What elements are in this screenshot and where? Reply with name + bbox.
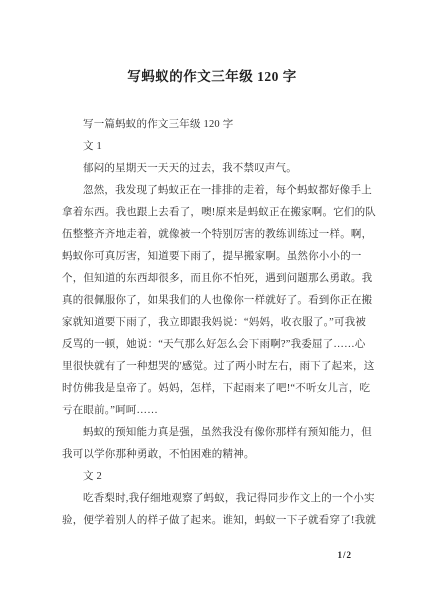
text-line: 家就知道要下雨了，我立即跟我妈说：“妈妈，收衣服了。”可我被 [62,312,364,334]
text-line: 验，便学着别人的样子做了起来。谁知，蚂蚁一下子就看穿了!我就 [62,510,364,532]
page-number: 1/2 [337,550,352,560]
text-line: 文 2 [62,466,364,488]
document-title: 写蚂蚁的作文三年级 120 字 [0,65,424,85]
text-line: 里很快就有了一种想哭的'感觉。过了两小时左右，雨下了起来，这 [62,356,364,378]
text-line: 吃香梨时,我仔细地观察了蚂蚁，我记得同步作文上的一个小实 [62,488,364,510]
text-line: 郁闷的星期天一天天的过去，我不禁叹声气。 [62,158,364,180]
text-line: 亏在眼前。”呵呵…… [62,400,364,422]
document-body: 写一篇蚂蚁的作文三年级 120 字文 1郁闷的星期天一天天的过去，我不禁叹声气。… [62,114,364,532]
document-page: 写蚂蚁的作文三年级 120 字 写一篇蚂蚁的作文三年级 120 字文 1郁闷的星… [0,0,424,600]
text-line: 我可以学你那种勇敢，不怕困难的精神。 [62,444,364,466]
text-line: 拿着东西。我也跟上去看了，噢!原来是蚂蚁正在搬家啊。它们的队 [62,202,364,224]
text-line: 时仿佛我是皇帝了。妈妈，怎样，下起雨来了吧!“不听女儿言，吃 [62,378,364,400]
text-line: 蚂蚁你可真厉害，知道要下雨了，提早搬家啊。虽然你小小的一 [62,246,364,268]
text-line: 文 1 [62,136,364,158]
text-line: 伍整整齐齐地走着，就像被一个特别厉害的教练训练过一样。啊， [62,224,364,246]
text-line: 蚂蚁的预知能力真是强，虽然我没有像你那样有预知能力，但 [62,422,364,444]
text-line: 真的很佩服你了，如果我们的人也像你一样就好了。看到你正在搬 [62,290,364,312]
text-line: 反骂的一顿，她说：“天气那么好怎么会下雨啊?”我委屈了……心 [62,334,364,356]
text-line: 忽然，我发现了蚂蚁正在一排排的走着，每个蚂蚁都好像手上 [62,180,364,202]
text-line: 写一篇蚂蚁的作文三年级 120 字 [62,114,364,136]
text-line: 个，但知道的东西却很多，而且你不怕死，遇到问题那么勇敢。我 [62,268,364,290]
